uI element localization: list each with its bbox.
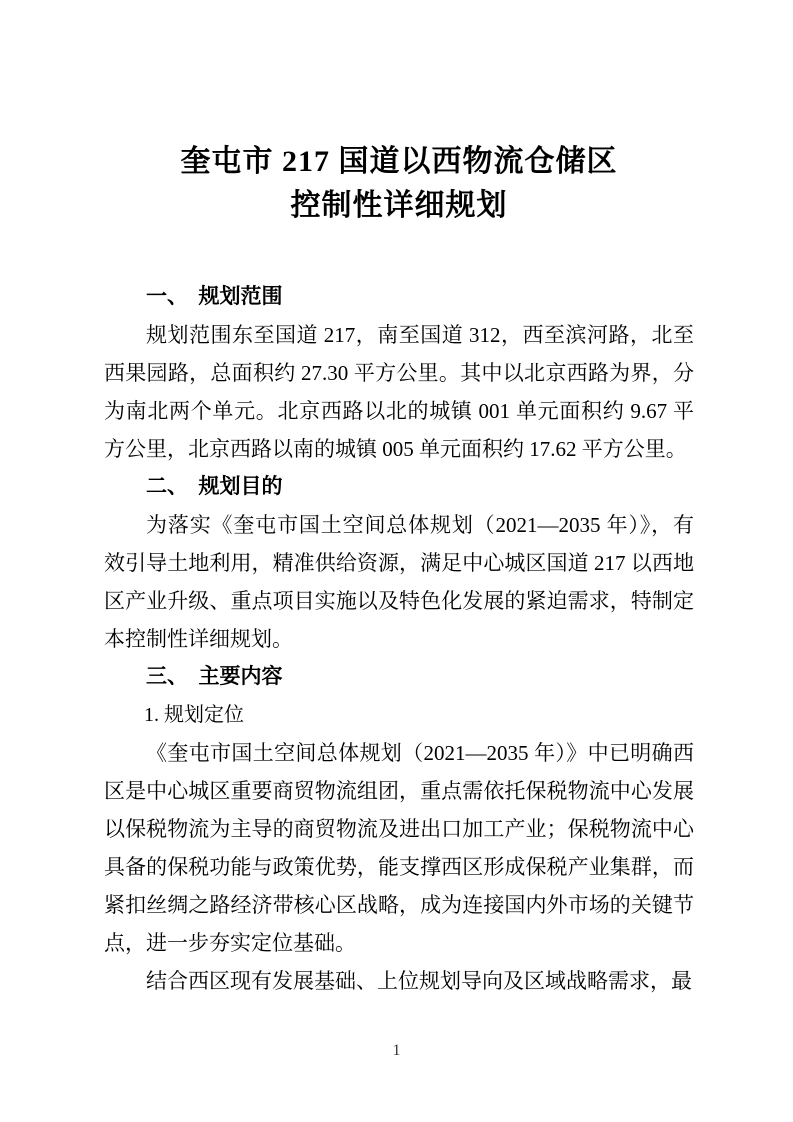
document-title-line1: 奎屯市 217 国道以西物流仓储区 [104, 140, 694, 184]
section-heading-2: 二、 规划目的 [104, 468, 694, 506]
section-2-paragraph: 为落实《奎屯市国土空间总体规划（2021—2035 年）》，有效引导土地利用，精… [104, 506, 694, 658]
section-heading-3: 三、 主要内容 [104, 658, 694, 696]
document-content: 奎屯市 217 国道以西物流仓储区 控制性详细规划 一、 规划范围 规划范围东至… [104, 140, 694, 1000]
section-3-subheading: 1. 规划定位 [104, 696, 694, 734]
document-body: 一、 规划范围 规划范围东至国道 217，南至国道 312，西至滨河路，北至西果… [104, 278, 694, 1000]
document-title: 奎屯市 217 国道以西物流仓储区 控制性详细规划 [104, 140, 694, 228]
section-heading-1: 一、 规划范围 [104, 278, 694, 316]
section-3-paragraph-1: 《奎屯市国土空间总体规划（2021—2035 年）》中已明确西区是中心城区重要商… [104, 734, 694, 962]
document-title-line2: 控制性详细规划 [104, 184, 694, 228]
document-page: 奎屯市 217 国道以西物流仓储区 控制性详细规划 一、 规划范围 规划范围东至… [0, 0, 793, 1122]
section-1-paragraph: 规划范围东至国道 217，南至国道 312，西至滨河路，北至西果园路，总面积约 … [104, 316, 694, 468]
section-3-paragraph-2: 结合西区现有发展基础、上位规划导向及区域战略需求，最 [104, 962, 694, 1000]
page-number: 1 [0, 1042, 793, 1060]
